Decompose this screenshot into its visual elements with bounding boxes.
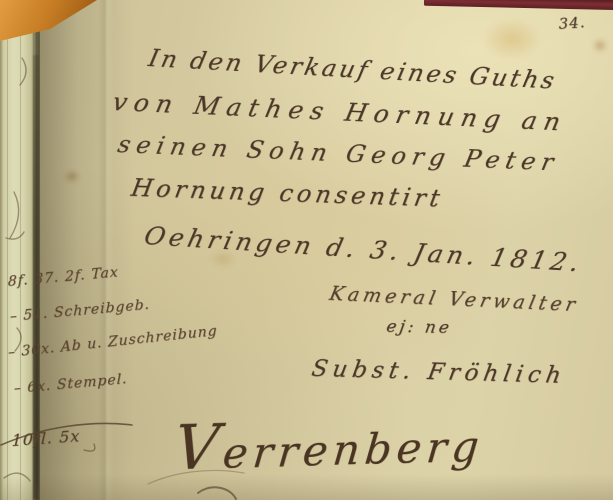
paper-stain xyxy=(592,38,608,53)
page-number: 34. xyxy=(558,13,586,33)
paper-stain xyxy=(64,170,80,183)
countersign-abbrev: ej: ne xyxy=(385,317,454,338)
cover-edge-maroon xyxy=(424,0,613,10)
manuscript-photo: 34. In den Verkauf eines Guths von Mathe… xyxy=(0,0,613,500)
cover-edge-orange xyxy=(538,0,613,7)
entry-dateline: Oehringen d. 3. Jan. 1812. xyxy=(142,221,586,277)
entry-text-line: In den Verkauf eines Guths xyxy=(146,44,560,95)
paper-stain xyxy=(482,18,542,60)
entry-text-line: Hornung consentirt xyxy=(129,174,446,213)
entry-text-line: von Mathes Hornung an xyxy=(110,87,570,136)
signature: Subst. Fröhlich xyxy=(310,356,568,389)
entry-text-line: seinen Sohn Georg Peter xyxy=(115,130,561,176)
official-title: Kameral Verwalter xyxy=(328,283,581,316)
bottom-partial-flourish xyxy=(140,462,290,500)
